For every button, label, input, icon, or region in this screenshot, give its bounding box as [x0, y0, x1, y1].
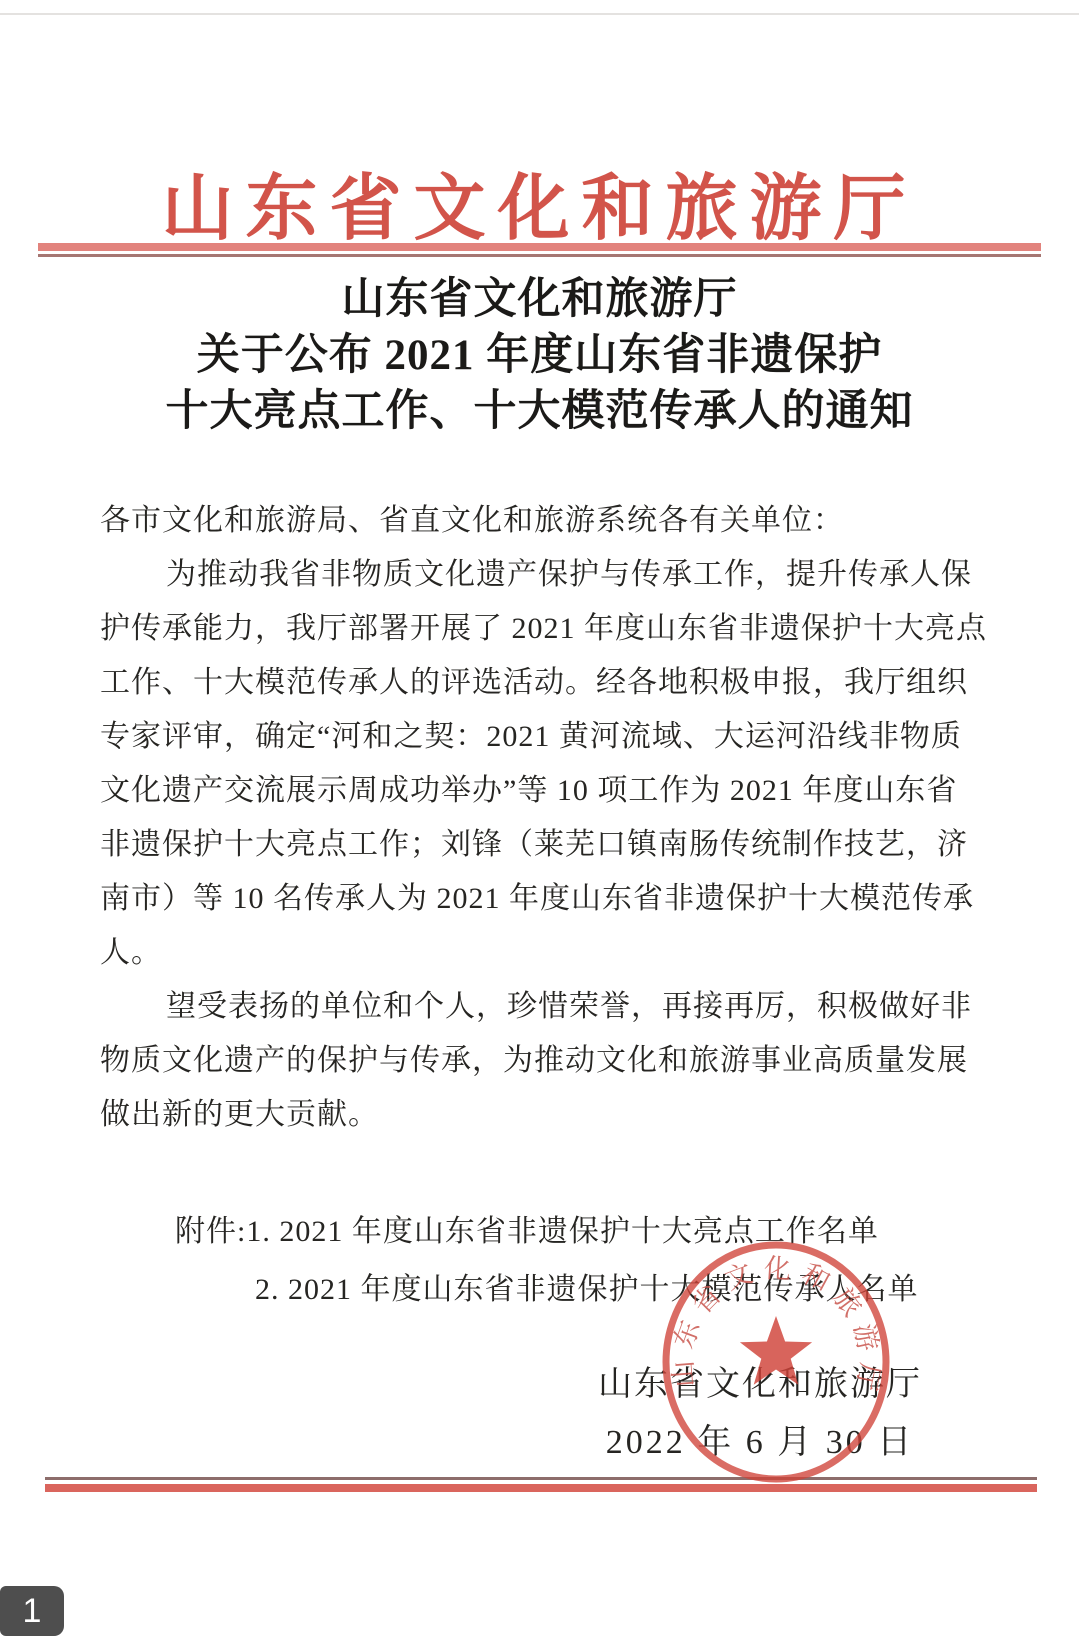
- page-number-badge: 1: [0, 1586, 64, 1636]
- attachment-item: 2. 2021 年度山东省非遗保护十大模范传承人名单: [175, 1261, 919, 1319]
- body-line: 非遗保护十大亮点工作；刘锋（莱芜口镇南肠传统制作技艺，济: [100, 818, 946, 872]
- document-body: 各市文化和旅游局、省直文化和旅游系统各有关单位： 为推动我省非物质文化遗产保护与…: [100, 494, 946, 1142]
- salutation-line: 各市文化和旅游局、省直文化和旅游系统各有关单位：: [100, 494, 946, 548]
- body-line: 南市）等 10 名传承人为 2021 年度山东省非遗保护十大模范传承: [100, 872, 946, 926]
- signature-org: 山东省文化和旅游厅: [580, 1364, 940, 1406]
- body-line: 护传承能力，我厅部署开展了 2021 年度山东省非遗保护十大亮点: [100, 602, 946, 656]
- footer-divider: [45, 1477, 1037, 1492]
- signature-date: 2022 年 6 月 30 日: [580, 1422, 940, 1464]
- divider-thin-line: [38, 254, 1041, 257]
- divider-thick-line: [45, 1484, 1037, 1492]
- document-title: 山东省文化和旅游厅 关于公布 2021 年度山东省非遗保护 十大亮点工作、十大模…: [0, 272, 1079, 440]
- attachments-list: 附件:1. 2021 年度山东省非遗保护十大亮点工作名单 2. 2021 年度山…: [175, 1203, 919, 1319]
- document-title-line: 山东省文化和旅游厅: [0, 272, 1079, 328]
- photo-edge-line: [0, 13, 1079, 15]
- letterhead-divider: [38, 243, 1041, 257]
- body-line: 文化遗产交流展示周成功举办”等 10 项工作为 2021 年度山东省: [100, 764, 946, 818]
- attachment-item: 附件:1. 2021 年度山东省非遗保护十大亮点工作名单: [175, 1203, 919, 1261]
- document-title-line: 关于公布 2021 年度山东省非遗保护: [0, 328, 1079, 384]
- body-line: 专家评审，确定“河和之契：2021 黄河流域、大运河沿线非物质: [100, 710, 946, 764]
- document-title-line: 十大亮点工作、十大模范传承人的通知: [0, 384, 1079, 440]
- divider-thin-line: [45, 1477, 1037, 1480]
- signature-block: 山东省文化和旅游厅 2022 年 6 月 30 日: [580, 1364, 940, 1464]
- body-line: 人。: [100, 926, 946, 980]
- letterhead-org-name: 山东省文化和旅游厅: [0, 150, 1079, 254]
- body-line: 物质文化遗产的保护与传承，为推动文化和旅游事业高质量发展: [100, 1034, 946, 1088]
- body-line: 望受表扬的单位和个人，珍惜荣誉，再接再厉，积极做好非: [100, 980, 946, 1034]
- body-line: 工作、十大模范传承人的评选活动。经各地积极申报，我厅组织: [100, 656, 946, 710]
- divider-thick-line: [38, 243, 1041, 251]
- body-line: 为推动我省非物质文化遗产保护与传承工作，提升传承人保: [100, 548, 946, 602]
- body-line: 做出新的更大贡献。: [100, 1088, 946, 1142]
